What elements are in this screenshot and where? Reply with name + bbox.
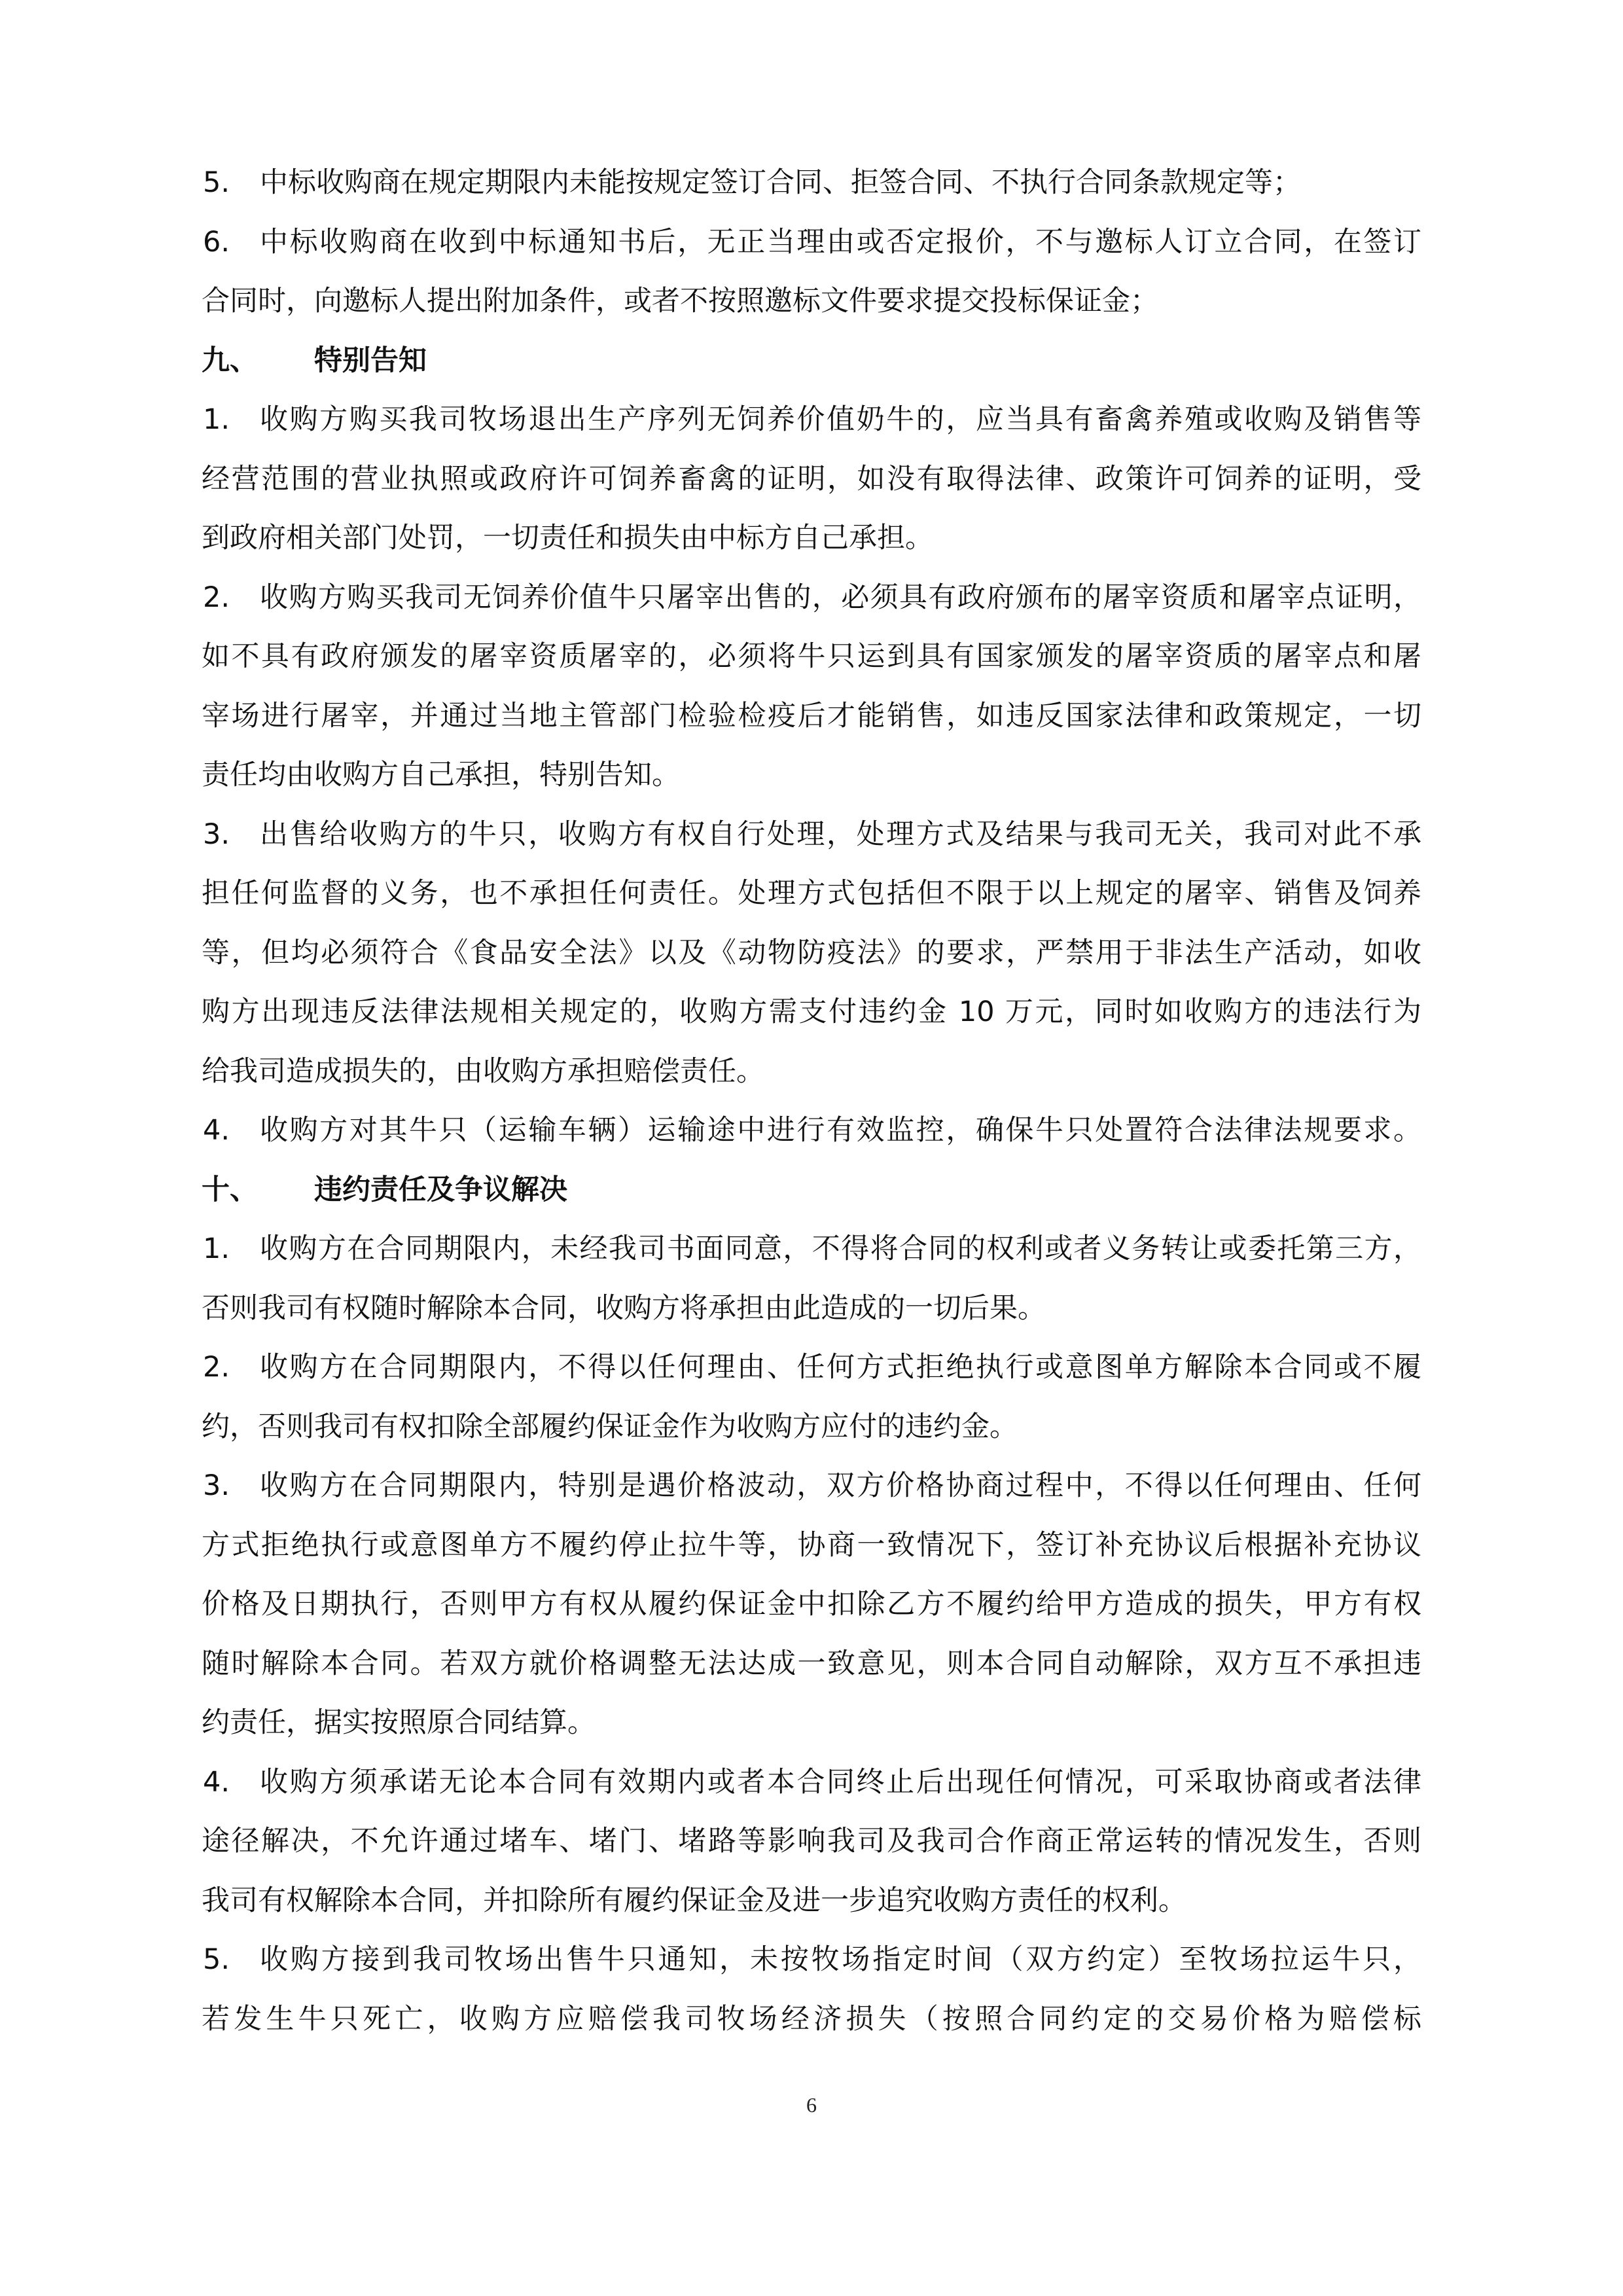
paragraph-text: 等，但均必须符合《食品安全法》以及《动物防疫法》的要求，严禁用于非法生产活动，如… [202, 924, 1421, 983]
paragraph-text: 中标收购商在收到中标通知书后，无正当理由或否定报价，不与邀标人订立合同，在签订 [260, 213, 1421, 272]
paragraph-text: 给我司造成损失的，由收购方承担赔偿责任。 [202, 1042, 1421, 1102]
paragraph-text: 如不具有政府颁发的屠宰资质屠宰的，必须将牛只运到具有国家颁发的屠宰资质的屠宰点和… [202, 627, 1421, 687]
item-number: 6. [203, 213, 230, 272]
continuation-line: 方式拒绝执行或意图单方不履约停止拉牛等，协商一致情况下，签订补充协议后根据补充协… [202, 1516, 1421, 1575]
paragraph-text: 宰场进行屠宰，并通过当地主管部门检验检疫后才能销售，如违反国家法律和政策规定，一… [202, 687, 1421, 746]
continuation-line: 宰场进行屠宰，并通过当地主管部门检验检疫后才能销售，如违反国家法律和政策规定，一… [202, 687, 1421, 746]
paragraph-text: 到政府相关部门处罚，一切责任和损失由中标方自己承担。 [202, 509, 1421, 568]
paragraph-text: 合同时，向邀标人提出附加条件，或者不按照邀标文件要求提交投标保证金； [202, 272, 1421, 331]
list-item-line: 3.收购方在合同期限内，特别是遇价格波动，双方价格协商过程中，不得以任何理由、任… [202, 1456, 1421, 1516]
section-title: 违约责任及争议解决 [314, 1160, 1421, 1220]
list-item-line: 4.收购方对其牛只（运输车辆）运输途中进行有效监控，确保牛只处置符合法律法规要求… [202, 1101, 1421, 1160]
paragraph-text: 收购方对其牛只（运输车辆）运输途中进行有效监控，确保牛只处置符合法律法规要求。 [260, 1101, 1421, 1160]
list-item-line: 5.收购方接到我司牧场出售牛只通知，未按牧场指定时间（双方约定）至牧场拉运牛只， [202, 1930, 1421, 1990]
continuation-line: 否则我司有权随时解除本合同，收购方将承担由此造成的一切后果。 [202, 1279, 1421, 1338]
paragraph-text: 方式拒绝执行或意图单方不履约停止拉牛等，协商一致情况下，签订补充协议后根据补充协… [202, 1516, 1421, 1575]
paragraph-text: 收购方须承诺无论本合同有效期内或者本合同终止后出现任何情况，可采取协商或者法律 [260, 1753, 1421, 1812]
list-item-line: 6.中标收购商在收到中标通知书后，无正当理由或否定报价，不与邀标人订立合同，在签… [202, 213, 1421, 272]
continuation-line: 约责任，据实按照原合同结算。 [202, 1693, 1421, 1753]
item-number: 3. [203, 805, 230, 865]
paragraph-text: 出售给收购方的牛只，收购方有权自行处理，处理方式及结果与我司无关，我司对此不承 [260, 805, 1421, 865]
continuation-line: 随时解除本合同。若双方就价格调整无法达成一致意见，则本合同自动解除，双方互不承担… [202, 1634, 1421, 1694]
continuation-line: 若发生牛只死亡，收购方应赔偿我司牧场经济损失（按照合同约定的交易价格为赔偿标 [202, 1990, 1421, 2049]
item-number: 3. [203, 1456, 230, 1516]
item-number: 2. [203, 1338, 230, 1397]
document-page: 5.中标收购商在规定期限内未能按规定签订合同、拒签合同、不执行合同条款规定等；6… [0, 0, 1623, 2296]
continuation-line: 途径解决，不允许通过堵车、堵门、堵路等影响我司及我司合作商正常运转的情况发生，否… [202, 1812, 1421, 1871]
continuation-line: 担任何监督的义务，也不承担任何责任。处理方式包括但不限于以上规定的屠宰、销售及饲… [202, 864, 1421, 924]
paragraph-text: 收购方购买我司牧场退出生产序列无饲养价值奶牛的，应当具有畜禽养殖或收购及销售等 [260, 390, 1421, 450]
section-heading: 十、违约责任及争议解决 [202, 1160, 1421, 1220]
continuation-line: 如不具有政府颁发的屠宰资质屠宰的，必须将牛只运到具有国家颁发的屠宰资质的屠宰点和… [202, 627, 1421, 687]
paragraph-text: 担任何监督的义务，也不承担任何责任。处理方式包括但不限于以上规定的屠宰、销售及饲… [202, 864, 1421, 924]
item-number: 1. [203, 390, 230, 450]
item-number: 5. [203, 153, 230, 213]
item-number: 4. [203, 1101, 230, 1160]
paragraph-text: 收购方接到我司牧场出售牛只通知，未按牧场指定时间（双方约定）至牧场拉运牛只， [260, 1930, 1421, 1990]
paragraph-text: 购方出现违反法律法规相关规定的，收购方需支付违约金 10 万元，同时如收购方的违… [202, 982, 1421, 1042]
paragraph-text: 收购方在合同期限内，未经我司书面同意，不得将合同的权利或者义务转让或委托第三方， [260, 1219, 1421, 1279]
page-number: 6 [0, 2092, 1623, 2118]
item-number: 1. [203, 1219, 230, 1279]
continuation-line: 责任均由收购方自己承担，特别告知。 [202, 745, 1421, 805]
section-heading: 九、特别告知 [202, 331, 1421, 391]
paragraph-text: 价格及日期执行，否则甲方有权从履约保证金中扣除乙方不履约给甲方造成的损失，甲方有… [202, 1575, 1421, 1634]
paragraph-text: 中标收购商在规定期限内未能按规定签订合同、拒签合同、不执行合同条款规定等； [260, 153, 1421, 213]
item-number: 2. [203, 568, 230, 628]
paragraph-text: 收购方购买我司无饲养价值牛只屠宰出售的，必须具有政府颁布的屠宰资质和屠宰点证明， [260, 568, 1421, 628]
document-body: 5.中标收购商在规定期限内未能按规定签订合同、拒签合同、不执行合同条款规定等；6… [202, 153, 1421, 2049]
item-number: 5. [203, 1930, 230, 1990]
list-item-line: 3.出售给收购方的牛只，收购方有权自行处理，处理方式及结果与我司无关，我司对此不… [202, 805, 1421, 865]
continuation-line: 等，但均必须符合《食品安全法》以及《动物防疫法》的要求，严禁用于非法生产活动，如… [202, 924, 1421, 983]
continuation-line: 我司有权解除本合同，并扣除所有履约保证金及进一步追究收购方责任的权利。 [202, 1871, 1421, 1931]
item-number: 4. [203, 1753, 230, 1812]
continuation-line: 价格及日期执行，否则甲方有权从履约保证金中扣除乙方不履约给甲方造成的损失，甲方有… [202, 1575, 1421, 1634]
continuation-line: 到政府相关部门处罚，一切责任和损失由中标方自己承担。 [202, 509, 1421, 568]
continuation-line: 给我司造成损失的，由收购方承担赔偿责任。 [202, 1042, 1421, 1102]
paragraph-text: 我司有权解除本合同，并扣除所有履约保证金及进一步追究收购方责任的权利。 [202, 1871, 1421, 1931]
paragraph-text: 责任均由收购方自己承担，特别告知。 [202, 745, 1421, 805]
list-item-line: 4.收购方须承诺无论本合同有效期内或者本合同终止后出现任何情况，可采取协商或者法… [202, 1753, 1421, 1812]
paragraph-text: 约责任，据实按照原合同结算。 [202, 1693, 1421, 1753]
paragraph-text: 随时解除本合同。若双方就价格调整无法达成一致意见，则本合同自动解除，双方互不承担… [202, 1634, 1421, 1694]
section-title: 特别告知 [314, 331, 1421, 391]
continuation-line: 购方出现违反法律法规相关规定的，收购方需支付违约金 10 万元，同时如收购方的违… [202, 982, 1421, 1042]
paragraph-text: 约，否则我司有权扣除全部履约保证金作为收购方应付的违约金。 [202, 1397, 1421, 1457]
paragraph-text: 收购方在合同期限内，特别是遇价格波动，双方价格协商过程中，不得以任何理由、任何 [260, 1456, 1421, 1516]
list-item-line: 2.收购方购买我司无饲养价值牛只屠宰出售的，必须具有政府颁布的屠宰资质和屠宰点证… [202, 568, 1421, 628]
list-item-line: 2.收购方在合同期限内，不得以任何理由、任何方式拒绝执行或意图单方解除本合同或不… [202, 1338, 1421, 1397]
continuation-line: 合同时，向邀标人提出附加条件，或者不按照邀标文件要求提交投标保证金； [202, 272, 1421, 331]
paragraph-text: 经营范围的营业执照或政府许可饲养畜禽的证明，如没有取得法律、政策许可饲养的证明，… [202, 450, 1421, 509]
section-number: 十、 [202, 1160, 258, 1220]
paragraph-text: 若发生牛只死亡，收购方应赔偿我司牧场经济损失（按照合同约定的交易价格为赔偿标 [202, 1990, 1421, 2049]
list-item-line: 1.收购方在合同期限内，未经我司书面同意，不得将合同的权利或者义务转让或委托第三… [202, 1219, 1421, 1279]
paragraph-text: 途径解决，不允许通过堵车、堵门、堵路等影响我司及我司合作商正常运转的情况发生，否… [202, 1812, 1421, 1871]
paragraph-text: 否则我司有权随时解除本合同，收购方将承担由此造成的一切后果。 [202, 1279, 1421, 1338]
section-number: 九、 [202, 331, 258, 391]
continuation-line: 经营范围的营业执照或政府许可饲养畜禽的证明，如没有取得法律、政策许可饲养的证明，… [202, 450, 1421, 509]
list-item-line: 5.中标收购商在规定期限内未能按规定签订合同、拒签合同、不执行合同条款规定等； [202, 153, 1421, 213]
list-item-line: 1.收购方购买我司牧场退出生产序列无饲养价值奶牛的，应当具有畜禽养殖或收购及销售… [202, 390, 1421, 450]
continuation-line: 约，否则我司有权扣除全部履约保证金作为收购方应付的违约金。 [202, 1397, 1421, 1457]
paragraph-text: 收购方在合同期限内，不得以任何理由、任何方式拒绝执行或意图单方解除本合同或不履 [260, 1338, 1421, 1397]
